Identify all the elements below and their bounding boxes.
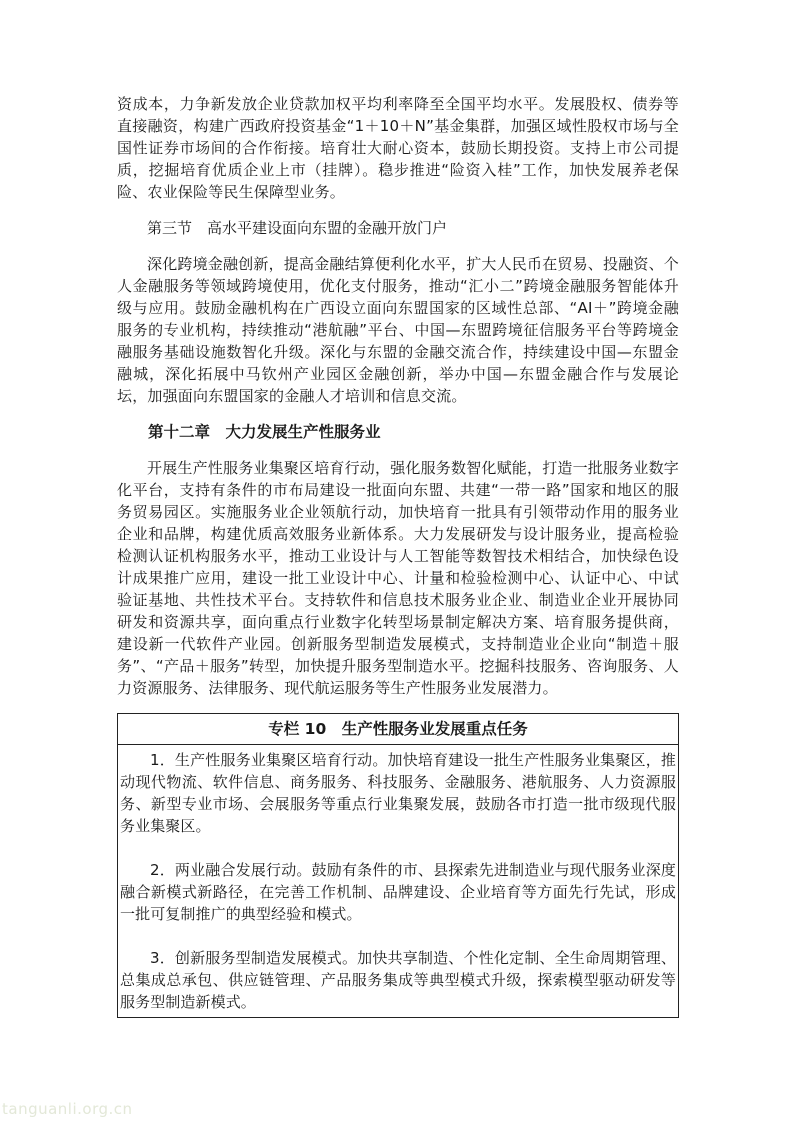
chapter-heading: 第十二章 大力发展生产性服务业 — [117, 421, 679, 443]
section-heading: 第三节 高水平建设面向东盟的金融开放门户 — [117, 217, 679, 239]
column-item: 3．创新服务型制造发展模式。加快共享制造、个性化定制、全生命周期管理、总集成总承… — [120, 947, 676, 1013]
chapter-paragraph: 开展生产性服务业集聚区培育行动，强化服务数智化赋能，打造一批服务业数字化平台，支… — [117, 457, 679, 699]
column-item: 2．两业融合发展行动。鼓励有条件的市、县探索先进制造业与现代服务业深度融合新模式… — [120, 859, 676, 925]
document-page: 资成本，力争新发放企业贷款加权平均利率降至全国平均水平。发展股权、债券等直接融资… — [117, 93, 679, 1018]
spacer — [117, 407, 679, 421]
spacer — [117, 203, 679, 217]
column-box-title: 专栏 10 生产性服务业发展重点任务 — [118, 714, 678, 745]
spacer — [117, 239, 679, 253]
section-paragraph: 深化跨境金融创新，提高金融结算便利化水平，扩大人民币在贸易、投融资、个人金融服务… — [117, 253, 679, 407]
watermark: tanguanli.org.cn — [2, 1100, 133, 1118]
spacer — [120, 925, 676, 947]
spacer — [117, 443, 679, 457]
continued-paragraph: 资成本，力争新发放企业贷款加权平均利率降至全国平均水平。发展股权、债券等直接融资… — [117, 93, 679, 203]
column-box-body: 1．生产性服务业集聚区培育行动。加快培育建设一批生产性服务业集聚区，推动现代物流… — [118, 745, 678, 1017]
spacer — [120, 837, 676, 859]
column-box: 专栏 10 生产性服务业发展重点任务 1．生产性服务业集聚区培育行动。加快培育建… — [117, 713, 679, 1018]
column-item: 1．生产性服务业集聚区培育行动。加快培育建设一批生产性服务业集聚区，推动现代物流… — [120, 749, 676, 837]
